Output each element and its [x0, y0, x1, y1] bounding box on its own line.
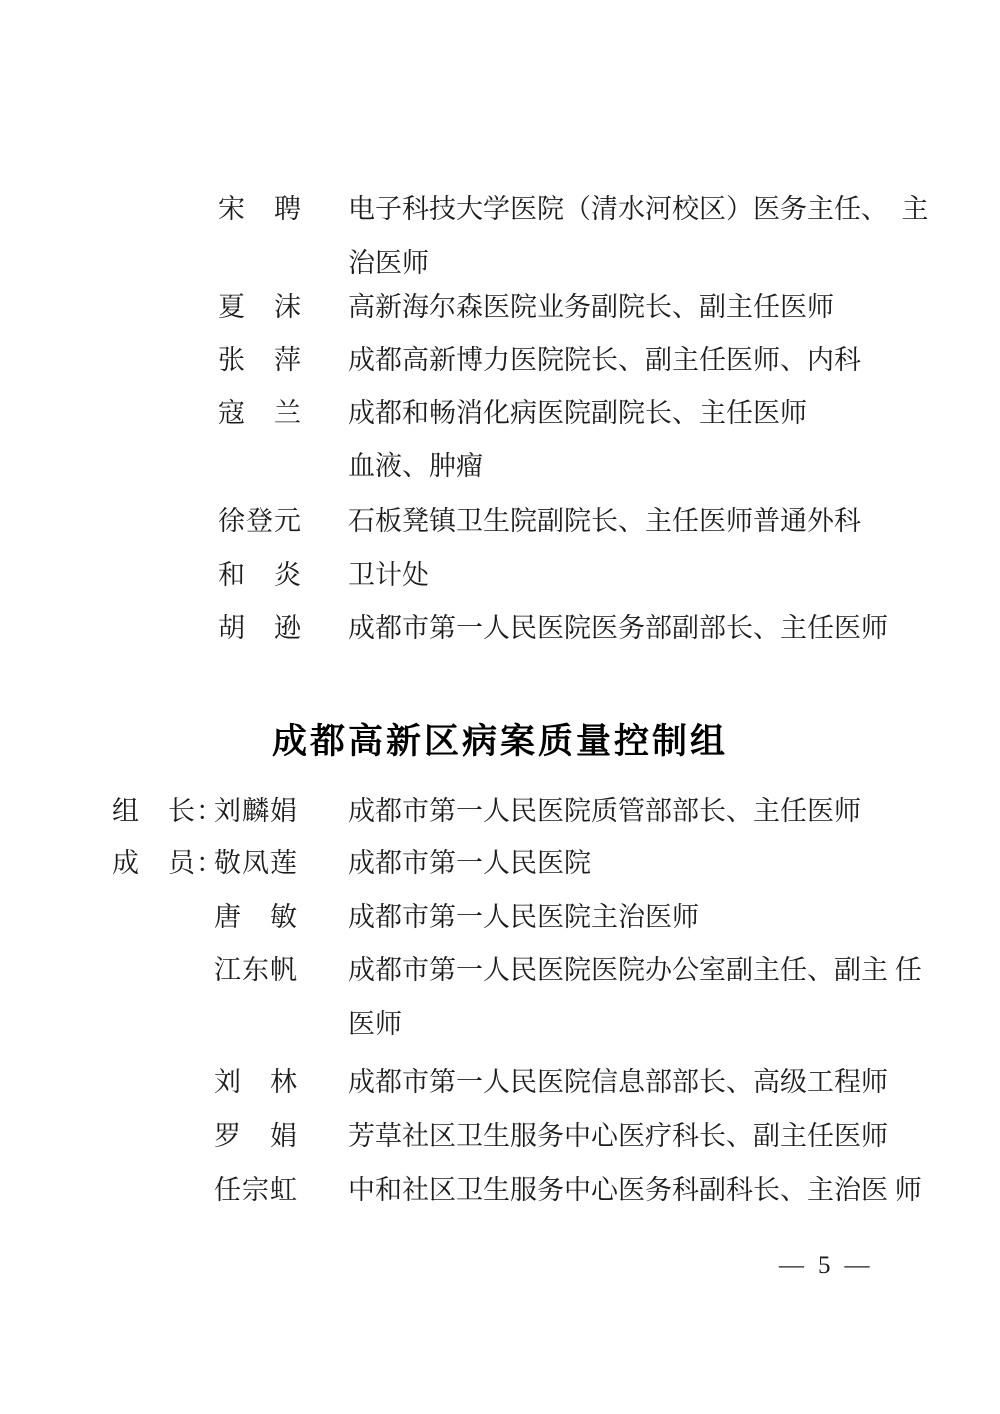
roster-row-continuation: 医师	[0, 1009, 1000, 1043]
member-title: 成都市第一人民医院质管部部长、主任医师	[348, 796, 861, 827]
footer-dash-right: —	[845, 1252, 870, 1279]
member-title-continued: 血液、肿瘤	[348, 451, 483, 482]
member-title: 成都和畅消化病医院副院长、主任医师	[348, 398, 807, 429]
member-title: 成都高新博力医院院长、副主任医师、内科	[348, 345, 861, 376]
roster-row-continuation: 治医师	[0, 248, 1000, 282]
member-title: 芳草社区卫生服务中心医疗科长、副主任医师	[348, 1121, 888, 1152]
roster-row: 胡 逊 成都市第一人民医院医务部副部长、主任医师	[0, 613, 1000, 647]
section-title: 成都高新区病案质量控制组	[0, 714, 1000, 764]
roster-row: 寇 兰 成都和畅消化病医院副院长、主任医师	[0, 398, 1000, 432]
role-label: 成 员：	[112, 848, 224, 879]
page-number: 5	[818, 1252, 831, 1279]
roster-row-member: 成 员： 敬凤莲 成都市第一人民医院	[0, 848, 1000, 882]
roster-row-leader: 组 长： 刘麟娟 成都市第一人民医院质管部部长、主任医师	[0, 796, 1000, 830]
member-title: 成都市第一人民医院医院办公室副主任、副主 任	[348, 955, 922, 986]
roster-row: 夏 沫 高新海尔森医院业务副院长、副主任医师	[0, 292, 1000, 326]
member-title: 石板凳镇卫生院副院长、主任医师普通外科	[348, 506, 861, 537]
member-title-continued: 医师	[348, 1009, 402, 1040]
member-name: 刘 林	[214, 1067, 298, 1098]
footer-dash-left: —	[779, 1252, 804, 1279]
member-name: 罗 娟	[214, 1121, 298, 1152]
roster-row: 和 炎 卫计处	[0, 560, 1000, 594]
roster-row: 罗 娟 芳草社区卫生服务中心医疗科长、副主任医师	[0, 1121, 1000, 1155]
member-name: 夏 沫	[218, 292, 302, 323]
member-title: 中和社区卫生服务中心医务科副科长、主治医 师	[348, 1175, 922, 1206]
member-title: 高新海尔森医院业务副院长、副主任医师	[348, 292, 834, 323]
member-name: 宋 聘	[218, 194, 302, 225]
member-name: 寇 兰	[218, 398, 302, 429]
member-name: 敬凤莲	[214, 848, 298, 879]
member-title: 卫计处	[348, 560, 429, 591]
roster-row: 唐 敏 成都市第一人民医院主治医师	[0, 902, 1000, 936]
roster-row-continuation: 血液、肿瘤	[0, 451, 1000, 485]
roster-row: 徐登元 石板凳镇卫生院副院长、主任医师普通外科	[0, 506, 1000, 540]
member-name: 徐登元	[218, 506, 302, 537]
member-name: 江东帆	[214, 955, 298, 986]
member-title: 成都市第一人民医院信息部部长、高级工程师	[348, 1067, 888, 1098]
member-title: 成都市第一人民医院	[348, 848, 591, 879]
member-title: 成都市第一人民医院主治医师	[348, 902, 699, 933]
roster-row: 张 萍 成都高新博力医院院长、副主任医师、内科	[0, 345, 1000, 379]
document-page: 宋 聘 电子科技大学医院（清水河校区）医务主任、 主 治医师 夏 沫 高新海尔森…	[0, 0, 1000, 1414]
member-name: 唐 敏	[214, 902, 298, 933]
member-name: 刘麟娟	[214, 796, 298, 827]
roster-row: 任宗虹 中和社区卫生服务中心医务科副科长、主治医 师	[0, 1175, 1000, 1209]
member-name: 胡 逊	[218, 613, 302, 644]
member-title: 电子科技大学医院（清水河校区）医务主任、 主	[348, 194, 929, 225]
roster-row: 刘 林 成都市第一人民医院信息部部长、高级工程师	[0, 1067, 1000, 1101]
member-name: 张 萍	[218, 345, 302, 376]
member-name: 和 炎	[218, 560, 302, 591]
member-title-continued: 治医师	[348, 248, 429, 279]
member-title: 成都市第一人民医院医务部副部长、主任医师	[348, 613, 888, 644]
role-label: 组 长：	[112, 796, 224, 827]
roster-row: 江东帆 成都市第一人民医院医院办公室副主任、副主 任	[0, 955, 1000, 989]
member-name: 任宗虹	[214, 1175, 298, 1206]
roster-row: 宋 聘 电子科技大学医院（清水河校区）医务主任、 主	[0, 194, 1000, 228]
page-footer: —5—	[772, 1252, 877, 1280]
